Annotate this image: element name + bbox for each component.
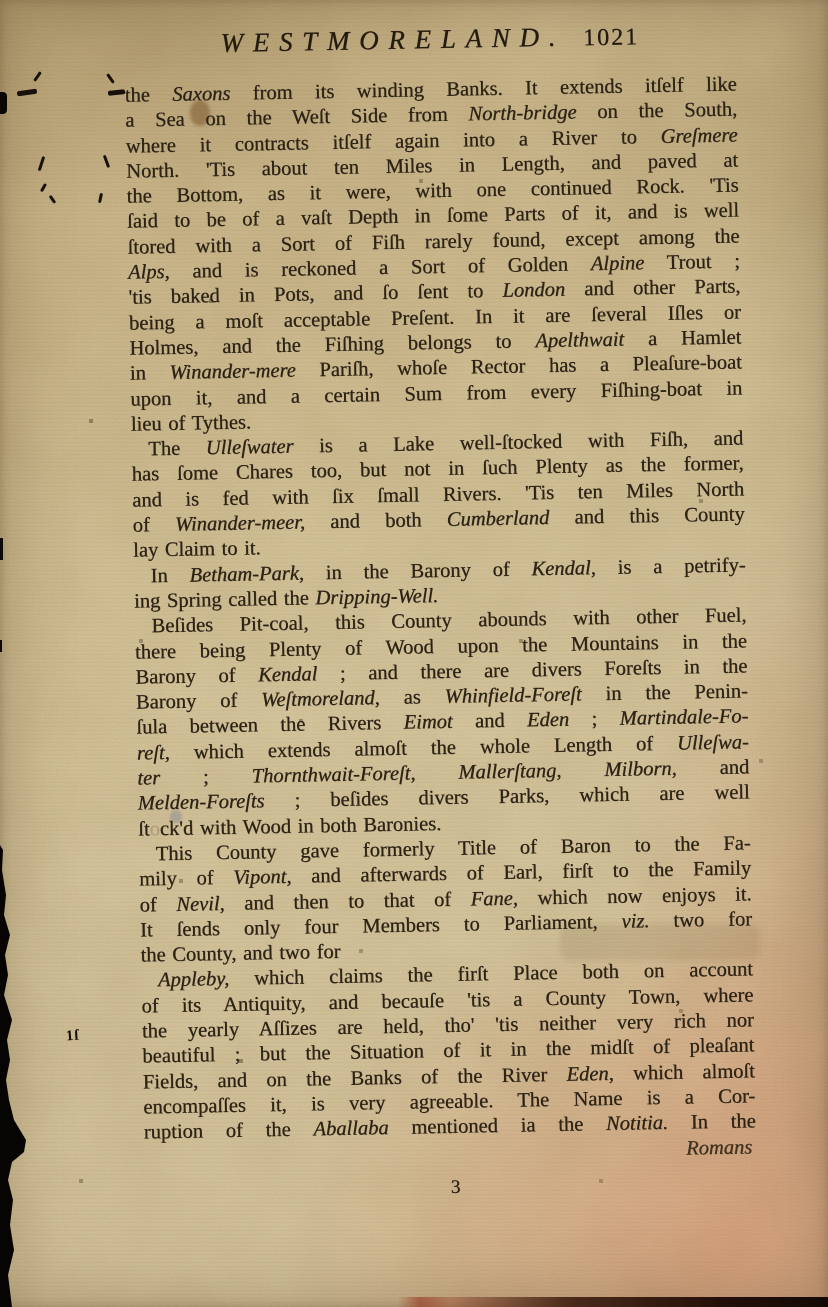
margin-ink-note: 1ſ (65, 1028, 80, 1046)
scan-content: WESTMORELAND. 1021 the Saxons from its w… (124, 18, 757, 1171)
text-block: the Saxons from its winding Banks. It ex… (125, 72, 756, 1146)
running-title: WESTMORELAND. (220, 22, 565, 59)
ink-mark (38, 156, 45, 171)
ink-mark (108, 89, 125, 96)
ink-mark (103, 155, 110, 168)
ink-mark (40, 183, 47, 192)
edge-nick (0, 640, 2, 652)
ink-mark (33, 71, 42, 82)
book-page: WESTMORELAND. 1021 the Saxons from its w… (0, 0, 828, 1307)
paper-specks (0, 0, 2, 2)
ink-mark (106, 73, 115, 84)
torn-edge (0, 0, 34, 1307)
signature-mark: 3 (451, 1177, 461, 1199)
bottom-scan-edge (398, 1297, 828, 1307)
page-number: 1021 (583, 24, 639, 52)
ink-mark (17, 89, 38, 97)
ink-mark (98, 193, 103, 203)
edge-ink-blob (0, 92, 7, 114)
edge-nick (0, 538, 3, 560)
ink-mark (49, 195, 56, 204)
